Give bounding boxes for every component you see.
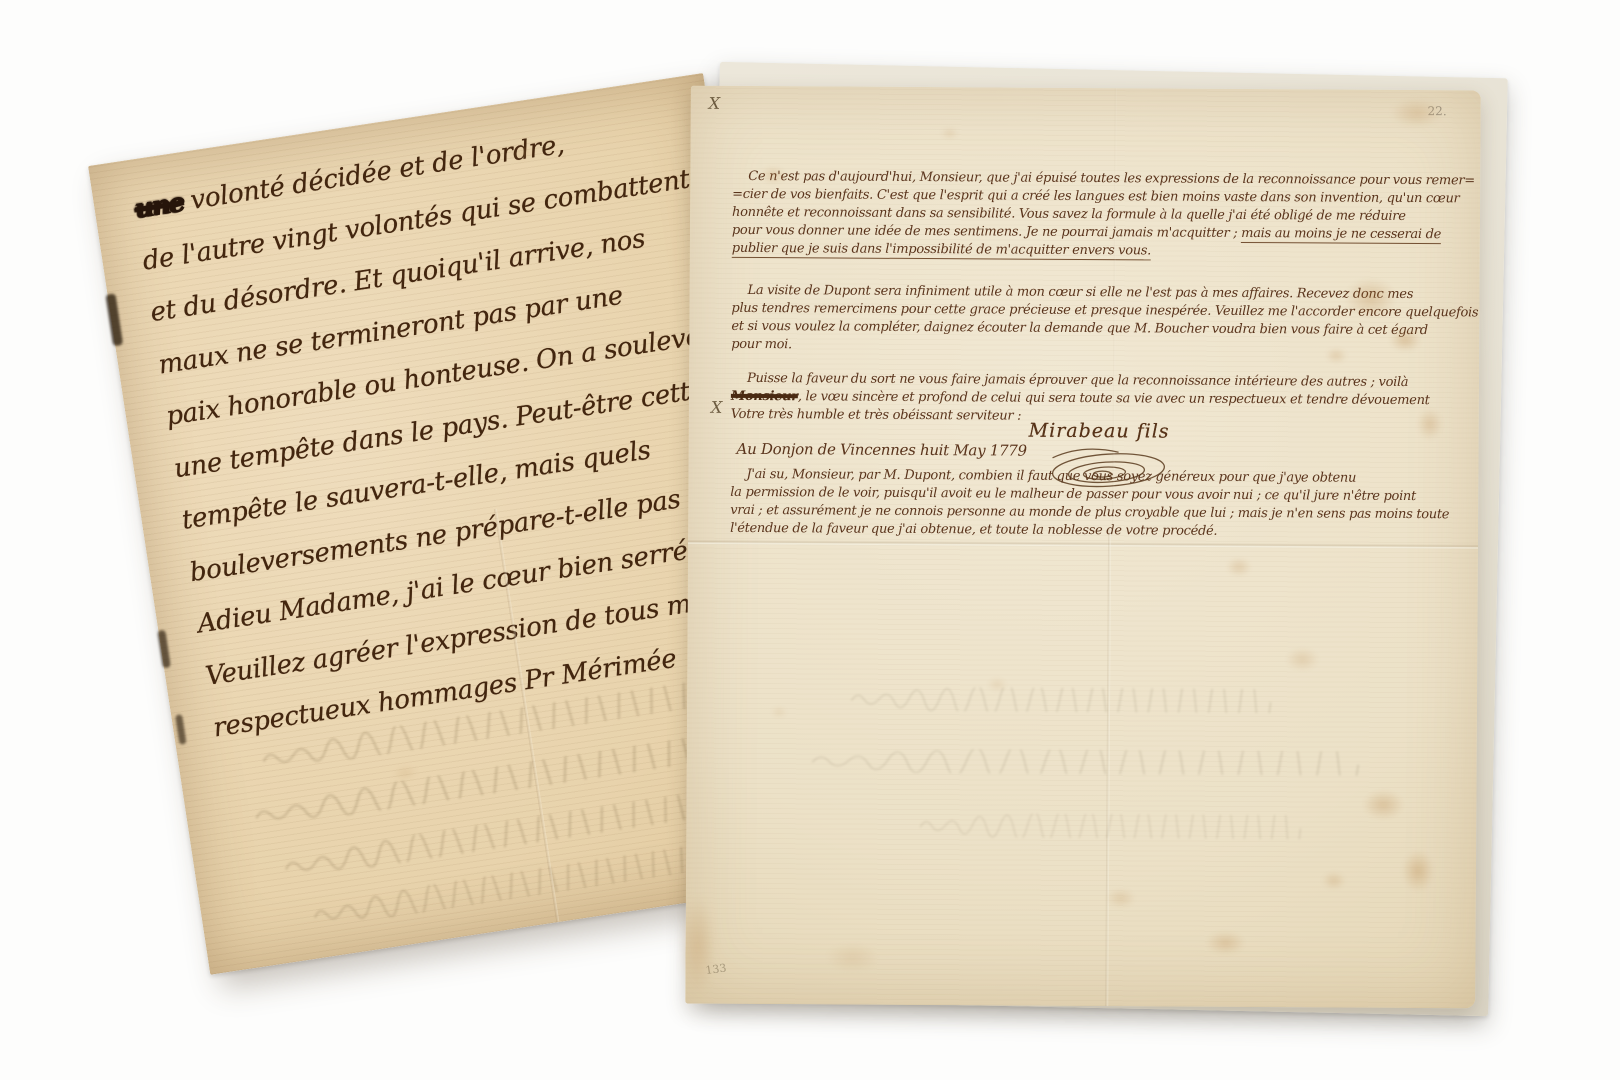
foxing-stain — [825, 942, 879, 972]
foxing-stain — [679, 896, 716, 996]
foxing-stain — [1417, 408, 1443, 440]
foxing-stain — [1389, 328, 1421, 352]
foxing-stain — [1362, 790, 1404, 820]
foxing-stain — [1106, 888, 1136, 908]
struck-through-word: Monsieur — [731, 389, 798, 404]
underlined-passage: publier que je suis dans l'impossibilité… — [732, 241, 1151, 261]
dateline: Au Donjon de Vincennes huit May 1779 — [737, 440, 1027, 460]
foxing-stain — [940, 127, 958, 139]
bleed-through-writing — [807, 748, 1367, 775]
foxing-stain — [1391, 98, 1443, 128]
foxing-stain — [987, 677, 1007, 691]
foxing-stain — [771, 706, 787, 718]
corner-cross-mark: X — [709, 94, 721, 113]
ink-smudge — [105, 293, 123, 346]
foxing-stain — [1226, 557, 1252, 577]
underlined-passage: mais au moins je ne cesserai de — [1241, 226, 1441, 244]
ink-blot-word: une — [133, 187, 185, 224]
foxing-stain — [1402, 850, 1434, 892]
bleed-through-writing — [916, 813, 1306, 839]
foxing-stain — [1325, 347, 1347, 363]
foxing-stain — [760, 166, 786, 184]
photograph-of-two-manuscript-letters: une volonté décidée et de l'ordre, de l'… — [0, 0, 1620, 1080]
signature-mirabeau: Mirabeau fils — [1029, 422, 1170, 441]
right-letter-page: X 22. X 133 Ce n'est pas d'aujourd'hui, … — [685, 86, 1481, 1009]
margin-cross-mark: X — [711, 398, 723, 417]
ink-smudge — [175, 714, 186, 745]
foxing-stain — [1285, 647, 1319, 671]
ink-smudge — [157, 630, 171, 669]
left-letter-body: une volonté décidée et de l'ordre, de l'… — [131, 99, 777, 755]
signature-block: Mirabeau fils Au Donjon de Vincennes hui… — [730, 424, 1474, 471]
right-letter-body: Ce n'est pas d'aujourd'hui, Monsieur, qu… — [730, 168, 1476, 543]
foxing-stain — [1322, 871, 1346, 889]
foxing-stain — [1344, 278, 1396, 318]
bleed-through-writing — [847, 687, 1277, 714]
foxing-stain — [1206, 931, 1246, 955]
